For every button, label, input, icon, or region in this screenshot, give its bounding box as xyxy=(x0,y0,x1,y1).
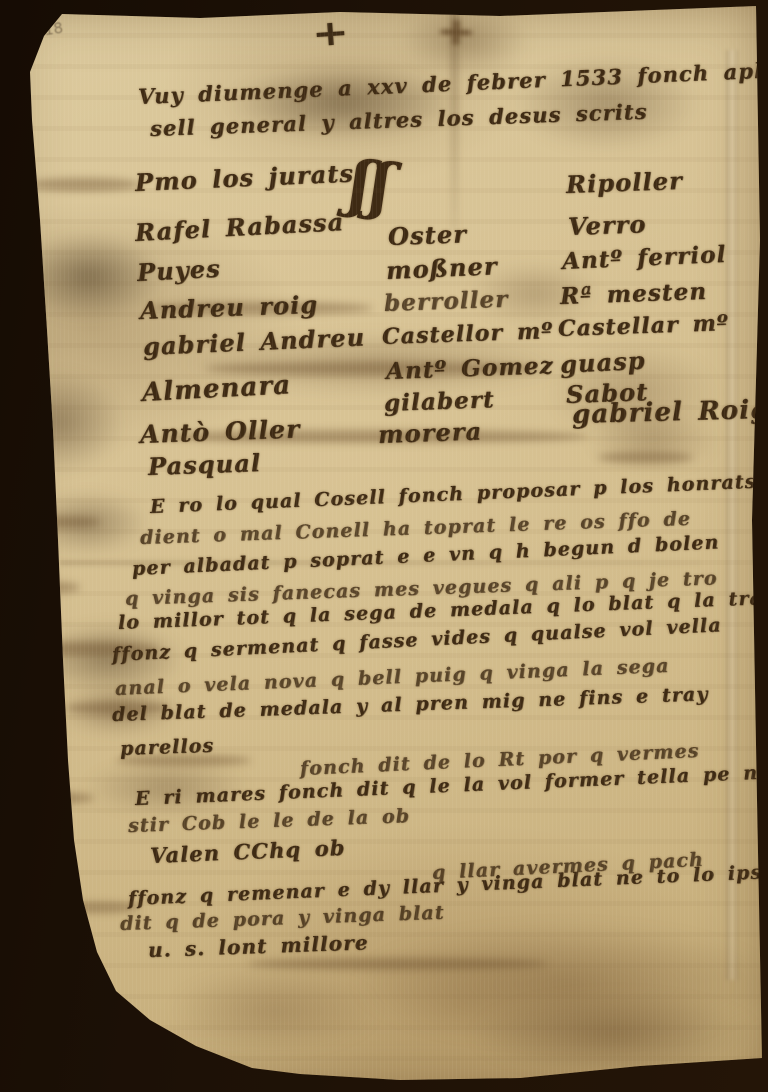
name-middle-4: Castellor mº xyxy=(382,318,554,350)
name-left-2: Rafel Rabassa xyxy=(134,207,345,247)
name-right-5: Castellar mº xyxy=(558,310,730,342)
stain xyxy=(170,968,380,1053)
brace-flourish: ʃʃ xyxy=(346,146,394,223)
stain xyxy=(0,370,124,475)
name-middle-5: Antº Gomez xyxy=(386,352,555,385)
name-left-3: Puyes xyxy=(136,254,221,287)
page-edge-crease xyxy=(726,50,738,980)
folio-number: 18 xyxy=(43,19,64,39)
name-middle-1: Oster xyxy=(387,219,467,251)
name-middle-3: berroller xyxy=(384,286,509,317)
manuscript-photo: 18 + + 6 Vuy diumenge a xxv de febrer 15… xyxy=(0,0,768,1092)
heading-line-1: Vuy diumenge a xxv de febrer 1533 fonch … xyxy=(137,54,768,109)
name-middle-6: gilabert xyxy=(384,386,496,417)
bleed-through-ghost xyxy=(248,958,548,970)
parchment-page: 18 + + 6 Vuy diumenge a xxv de febrer 15… xyxy=(0,0,768,1092)
paragraph1-line-9: parellos xyxy=(120,735,215,760)
name-left-4: Andreu roig xyxy=(139,290,318,325)
stain xyxy=(470,992,760,1077)
paragraph2-line-4: Valen CChq ob xyxy=(149,835,345,868)
bleed-through-ghost xyxy=(28,178,140,191)
bleed-through-ghost xyxy=(16,582,80,593)
stain xyxy=(24,492,149,554)
bleed-through-ghost xyxy=(598,452,693,463)
paragraph3-line-4: u. s. lont millore xyxy=(148,930,369,962)
name-left-7: Antò Oller xyxy=(139,414,300,449)
name-left-6: Almenara xyxy=(141,370,292,408)
name-right-6: guasp xyxy=(559,346,646,379)
name-middle-7: morera xyxy=(377,416,482,449)
ink-cross-mark: + xyxy=(311,12,351,55)
bleed-through-ghost xyxy=(8,516,100,528)
name-left-8: Pasqual xyxy=(147,448,261,481)
name-middle-2: moßner xyxy=(385,251,498,285)
bleed-through-ghost xyxy=(2,792,94,804)
name-right-3: Antº ferriol xyxy=(561,241,727,275)
name-right-2: Verro xyxy=(567,209,646,241)
name-left-5: gabriel Andreu xyxy=(142,322,365,361)
name-right-1: Ripoller xyxy=(565,166,683,199)
stain xyxy=(352,922,768,1047)
name-left-1: Pmo los jurats xyxy=(134,158,354,197)
bottom-mark: 6 xyxy=(122,1036,131,1052)
name-right-4: Rª mesten xyxy=(560,278,708,310)
name-right-8: gabriel Roig xyxy=(572,395,768,430)
paragraph2-line-3: stir Cob le le de la ob xyxy=(128,805,411,837)
bleed-cross-mark: + xyxy=(435,9,477,55)
